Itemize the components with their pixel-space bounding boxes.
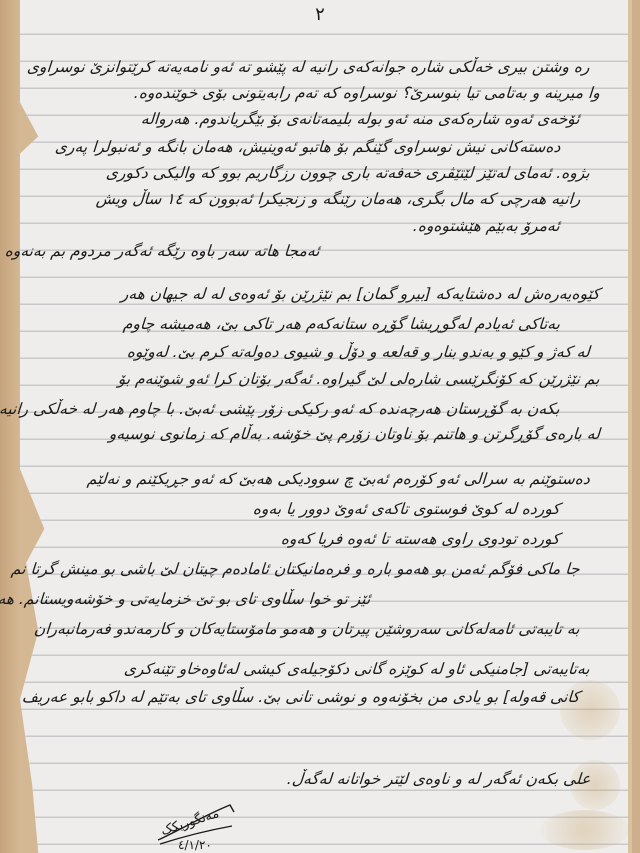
paper-right-edge [628, 0, 632, 853]
page-number: ٢ [0, 4, 640, 25]
letter-line: کێوەیەرەش لە دەشتایەکە [بیرو گمان] بم نێ… [121, 285, 601, 303]
letter-line: کوردە تودوی راوی هەستە تا ئەوە فریا کەوە [281, 530, 561, 548]
letter-line: بە تایبەتی ئامەلەکانی سەروشێن پیرتان و ه… [34, 620, 581, 638]
letter-line: بژوە. ئەمای لەتێز لێتێڤری خەفەتە باری چو… [106, 164, 591, 182]
letter-line: رانیە هەرچی کە مال بگری، هەمان رێنگە و ز… [95, 190, 581, 208]
letter-line: کانی قەولە] بو یادی من بخۆنەوە و نوشی تا… [22, 688, 581, 706]
letter-line: لە بارەی گۆڕگرتن و هاتنم بۆ ناوتان زۆرم … [108, 425, 600, 443]
letter-line: ره وشتن بیری خەڵکی شارە جوانەکەی رانیە ل… [27, 58, 591, 76]
letter-line: بم نێژرێن کە کۆنگرێسی شارەلی لێ گیراوە. … [118, 370, 601, 388]
letter-line: دەستوێنم بە سرالی ئەو کۆرەم ئەبێ چ سوودی… [87, 470, 591, 488]
letter-line: ئەمرۆ بەبێم هێشتوەوە. [413, 217, 561, 235]
letter-line: جا ماکی فۆگم ئەمن بو هەمو بارە و فرەمانی… [11, 560, 581, 578]
signature-date: ٤/١/٢٠ [178, 838, 212, 852]
letter-line: لە کەژ و کێو و بەندو بنار و قەلعە و دۆڵ … [127, 343, 591, 361]
letter-line: کوردە لە کوێ فوستوی تاکەی ئەوێ دوور یا ب… [253, 500, 561, 518]
letter-line: بکەن بە گۆڕستان هەرچەندە کە ئەو رکیکی زۆ… [0, 400, 561, 418]
letter-line: بەتایبەتی [جامنیکی ئاو لە کوێزە گانی دکۆ… [124, 660, 591, 678]
letter-line: وا میرینە و بەتامی تیا بنوسرێ؟ نوسراوە ک… [133, 84, 600, 102]
letter-line: بەتاکی ئەیادم لەگوڕیشا گۆڕە ستانەکەم هەر… [122, 315, 560, 333]
letter-line: دەستەکانی نیش نوسراوی گێنگم بۆ هاتبو ئەو… [54, 138, 561, 156]
paper-stain [540, 810, 630, 850]
letter-line: ئێز تو خوا سڵاوی تای بو تێ خزمایەتی و خۆ… [0, 590, 371, 608]
letter-line: ئۆخەی ئەوە شارەکەی منە ئەو بولە بلیمەتان… [141, 110, 581, 128]
letter-line: ئەمجا هاتە سەر باوە رێگە ئەگەر مردوم بم … [0, 242, 321, 260]
letter-line: علی بکەن ئەگەر لە و ناوەی لێتر خواتانە ل… [286, 770, 591, 788]
